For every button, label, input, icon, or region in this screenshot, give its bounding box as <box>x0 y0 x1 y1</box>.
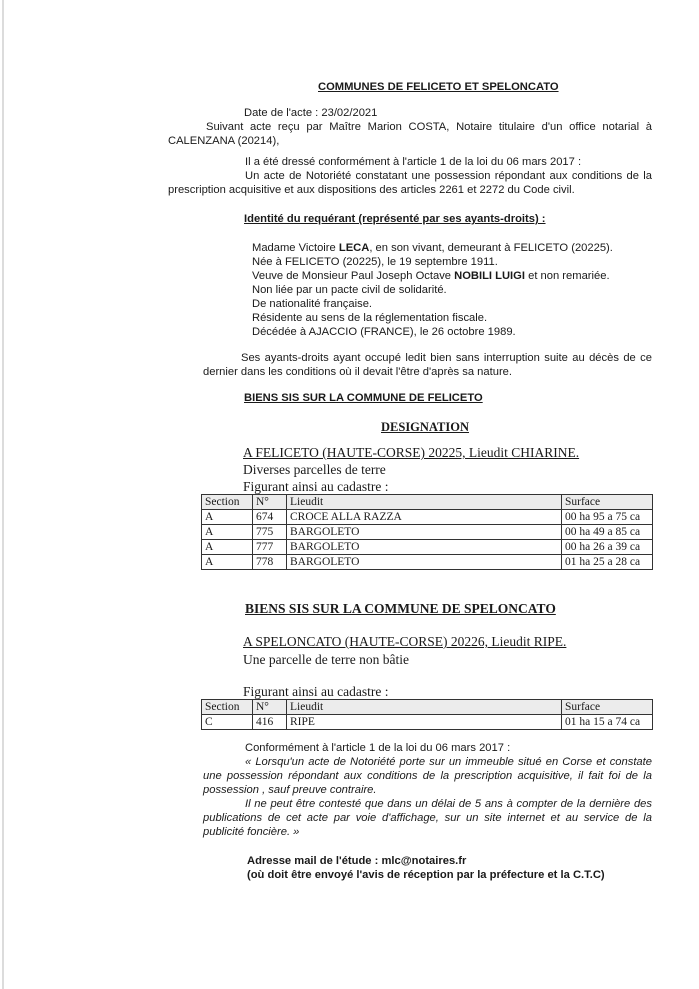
legal-section: Conformément à l'article 1 de la loi du … <box>203 741 652 839</box>
notoriete-line: Un acte de Notoriété constatant une poss… <box>168 169 652 197</box>
table-row: A 674 CROCE ALLA RAZZA 00 ha 95 a 75 ca <box>202 510 653 525</box>
identity-line-death: Décédée à AJACCIO (FRANCE), le 26 octobr… <box>252 325 613 339</box>
scan-edge <box>2 0 4 989</box>
speloncato-cadastre-table: Section N° Lieudit Surface C 416 RIPE 01… <box>201 699 653 730</box>
speloncato-description: Une parcelle de terre non bâtie <box>243 652 409 668</box>
table-row: A 778 BARGOLETO 01 ha 25 a 28 ca <box>202 555 653 570</box>
identity-line-name: Madame Victoire LECA, en son vivant, dem… <box>252 241 613 255</box>
law-reference: Il a été dressé conformément à l'article… <box>168 155 652 197</box>
identity-line-widow: Veuve de Monsieur Paul Joseph Octave NOB… <box>252 269 613 283</box>
study-email: Adresse mail de l'étude : mlc@notaires.f… <box>247 854 605 868</box>
identity-line-residence: Résidente au sens de la réglementation f… <box>252 311 613 325</box>
identity-line-nationality: De nationalité française. <box>252 297 613 311</box>
document-title: COMMUNES DE FELICETO ET SPELONCATO <box>318 80 559 94</box>
speloncato-cadastre-label: Figurant ainsi au cadastre : <box>243 684 388 700</box>
act-date: Date de l'acte : 23/02/2021 <box>206 106 652 120</box>
table-row: A 777 BARGOLETO 00 ha 26 a 39 ca <box>202 540 653 555</box>
table-header-row: Section N° Lieudit Surface <box>202 700 653 715</box>
designation-heading: DESIGNATION <box>381 420 469 435</box>
contact-block: Adresse mail de l'étude : mlc@notaires.f… <box>247 854 605 882</box>
identity-line-birth: Née à FELICETO (20225), le 19 septembre … <box>252 255 613 269</box>
legal-quote-1: « Lorsqu'un acte de Notoriété porte sur … <box>203 755 652 797</box>
speloncato-heading: BIENS SIS SUR LA COMMUNE DE SPELONCATO <box>245 601 556 617</box>
identity-details: Madame Victoire LECA, en son vivant, dem… <box>252 241 613 339</box>
feliceto-description: Diverses parcelles de terre <box>243 462 386 478</box>
feliceto-location: A FELICETO (HAUTE-CORSE) 20225, Lieudit … <box>243 445 579 461</box>
reception-note: (où doit être envoyé l'avis de réception… <box>247 868 605 882</box>
table-row: A 775 BARGOLETO 00 ha 49 a 85 ca <box>202 525 653 540</box>
possession-text: Ses ayants-droits ayant occupé ledit bie… <box>203 351 652 379</box>
feliceto-cadastre-label: Figurant ainsi au cadastre : <box>243 479 388 495</box>
identity-heading: Identité du requérant (représenté par se… <box>244 212 546 226</box>
law-line: Il a été dressé conformément à l'article… <box>168 155 652 169</box>
legal-intro: Conformément à l'article 1 de la loi du … <box>203 741 652 755</box>
feliceto-cadastre-table: Section N° Lieudit Surface A 674 CROCE A… <box>201 494 653 570</box>
identity-line-pacs: Non liée par un pacte civil de solidarit… <box>252 283 613 297</box>
speloncato-location: A SPELONCATO (HAUTE-CORSE) 20226, Lieudi… <box>243 634 566 650</box>
table-row: C 416 RIPE 01 ha 15 a 74 ca <box>202 715 653 730</box>
document-page: COMMUNES DE FELICETO ET SPELONCATO Date … <box>0 0 699 989</box>
act-intro: Date de l'acte : 23/02/2021 Suivant acte… <box>206 106 652 148</box>
table-header-row: Section N° Lieudit Surface <box>202 495 653 510</box>
legal-quote-2: Il ne peut être contesté que dans un dél… <box>203 797 652 839</box>
notary-line: Suivant acte reçu par Maître Marion COST… <box>168 120 652 148</box>
feliceto-heading: BIENS SIS SUR LA COMMUNE DE FELICETO <box>244 391 483 405</box>
